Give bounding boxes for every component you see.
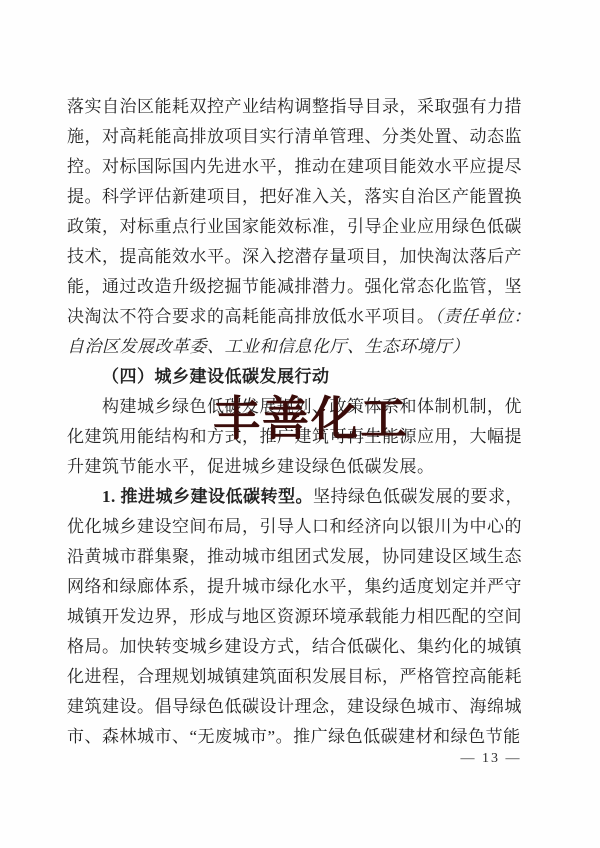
- text-line: 提。科学评估新建项目，把好准入关，落实自治区产能置换: [67, 182, 529, 212]
- text-line: 决淘汰不符合要求的高耗能高排放低水平项目。（责任单位：: [67, 302, 529, 332]
- text-segment: （四）城乡建设低碳发展行动: [102, 367, 330, 386]
- text-line: 格局。加快转变城乡建设方式，结合低碳化、集约化的城镇: [67, 632, 529, 662]
- document-page: 落实自治区能耗双控产业结构调整指导目录，采取强有力措施，对高耗能高排放项目实行清…: [0, 0, 600, 848]
- text-line: 1. 推进城乡建设低碳转型。坚持绿色低碳发展的要求，: [67, 482, 529, 512]
- text-segment: 化进程，合理规划城镇建筑面积发展目标，严格管控高能耗: [67, 667, 522, 686]
- text-segment: 决淘汰不符合要求的高耗能高排放低水平项目。: [67, 307, 435, 326]
- text-line: 沿黄城市群集聚，推动城市组团式发展，协同建设区域生态: [67, 542, 529, 572]
- text-segment: （责任单位：: [435, 307, 532, 326]
- text-segment: 技术，提高能效水平。深入挖潜存量项目，加快淘汰落后产: [67, 247, 522, 266]
- company-watermark: 丰善化工: [213, 394, 409, 444]
- text-segment: 建筑建设。倡导绿色低碳设计理念，建设绿色城市、海绵城: [67, 697, 522, 716]
- text-line: 能，通过改造升级挖掘节能减排潜力。强化常态化监管，坚: [67, 272, 529, 302]
- text-line: 市、森林城市、“无废城市”。推广绿色低碳建材和绿色节能: [67, 722, 529, 752]
- text-line: （四）城乡建设低碳发展行动: [67, 362, 529, 392]
- text-line: 建筑建设。倡导绿色低碳设计理念，建设绿色城市、海绵城: [67, 692, 529, 722]
- text-line: 城镇开发边界，形成与地区资源环境承载能力相匹配的空间: [67, 602, 529, 632]
- text-segment: 落实自治区能耗双控产业结构调整指导目录，采取强有力措: [67, 97, 522, 116]
- text-segment: 城镇开发边界，形成与地区资源环境承载能力相匹配的空间: [67, 607, 522, 626]
- text-segment: 提。科学评估新建项目，把好准入关，落实自治区产能置换: [67, 187, 522, 206]
- text-segment: 网络和绿廊体系，提升城市绿化水平，集约适度划定并严守: [67, 577, 522, 596]
- text-line: 施，对高耗能高排放项目实行清单管理、分类处置、动态监: [67, 122, 529, 152]
- text-segment: 政策，对标重点行业国家能效标准，引导企业应用绿色低碳: [67, 217, 522, 236]
- text-segment: 沿黄城市群集聚，推动城市组团式发展，协同建设区域生态: [67, 547, 522, 566]
- text-segment: 施，对高耗能高排放项目实行清单管理、分类处置、动态监: [67, 127, 522, 146]
- text-line: 网络和绿廊体系，提升城市绿化水平，集约适度划定并严守: [67, 572, 529, 602]
- text-segment: 升建筑节能水平，促进城乡建设绿色低碳发展。: [67, 457, 435, 476]
- text-line: 自治区发展改革委、工业和信息化厅、生态环境厅）: [67, 332, 529, 362]
- text-line: 落实自治区能耗双控产业结构调整指导目录，采取强有力措: [67, 92, 529, 122]
- text-line: 控。对标国际国内先进水平，推动在建项目能效水平应提尽: [67, 152, 529, 182]
- page-number: — 13 —: [452, 751, 530, 767]
- text-segment: 格局。加快转变城乡建设方式，结合低碳化、集约化的城镇: [67, 637, 522, 656]
- text-segment: 控。对标国际国内先进水平，推动在建项目能效水平应提尽: [67, 157, 522, 176]
- text-segment: 市、森林城市、“无废城市”。推广绿色低碳建材和绿色节能: [67, 727, 521, 746]
- text-line: 技术，提高能效水平。深入挖潜存量项目，加快淘汰落后产: [67, 242, 529, 272]
- text-segment: 自治区发展改革委、工业和信息化厅、生态环境厅）: [67, 337, 470, 356]
- text-segment: 1. 推进城乡建设低碳转型。: [102, 487, 313, 506]
- text-line: 升建筑节能水平，促进城乡建设绿色低碳发展。: [67, 452, 529, 482]
- text-line: 化进程，合理规划城镇建筑面积发展目标，严格管控高能耗: [67, 662, 529, 692]
- text-segment: 能，通过改造升级挖掘节能减排潜力。强化常态化监管，坚: [67, 277, 522, 296]
- text-segment: 坚持绿色低碳发展的要求，: [313, 487, 523, 506]
- text-line: 优化城乡建设空间布局，引导人口和经济向以银川为中心的: [67, 512, 529, 542]
- text-line: 政策，对标重点行业国家能效标准，引导企业应用绿色低碳: [67, 212, 529, 242]
- text-segment: 优化城乡建设空间布局，引导人口和经济向以银川为中心的: [67, 517, 522, 536]
